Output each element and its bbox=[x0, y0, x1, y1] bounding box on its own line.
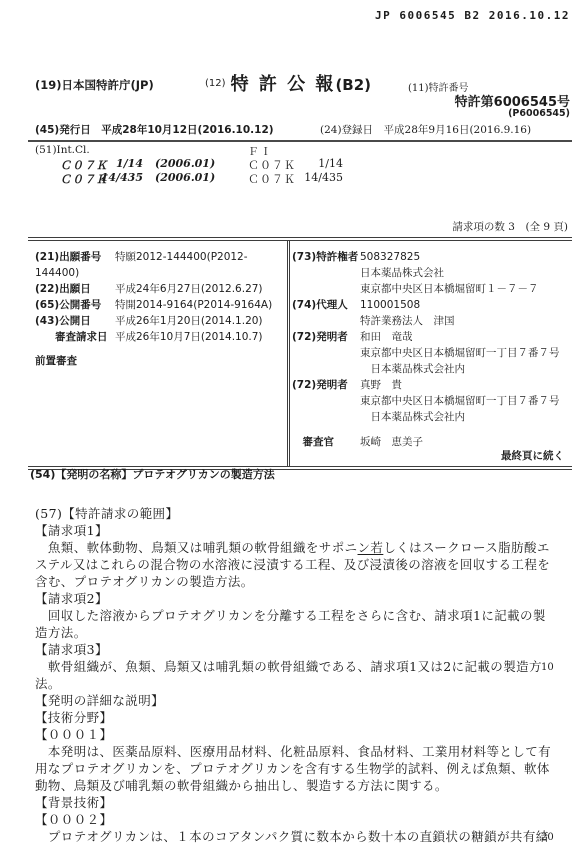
classification-row: Ｃ０７Ｋ1/14(2006.01)Ｃ０７Ｋ1/14 bbox=[35, 157, 572, 171]
biblio-field-label: (43)公開日 bbox=[35, 313, 115, 329]
biblio-field-label: (72)発明者 bbox=[292, 377, 360, 393]
biblio-right-row: (74)代理人110001508 bbox=[292, 297, 568, 313]
biblio-right-row: (72)発明者和田 竜哉 bbox=[292, 329, 568, 345]
issue-date: (45)発行日 平成28年10月12日(2016.10.12) bbox=[35, 122, 274, 137]
underlined-text: ン若 bbox=[358, 540, 384, 555]
biblio-field-value: 508327825 bbox=[360, 251, 420, 263]
fi-subclass: 14/435 bbox=[293, 171, 343, 184]
patent-number-paren: (P6006545) bbox=[508, 108, 570, 119]
body-text-line: 【請求項3】 bbox=[35, 641, 559, 658]
biblio-extra-line: 日本薬品株式会社 bbox=[292, 265, 568, 281]
body-text-line: 本発明は、医薬品原料、医療用品材料、化粧品原料、食品材料、工業用材料等として有 bbox=[35, 743, 559, 760]
body-text-line: 魚類、軟体動物、鳥類又は哺乳類の軟骨組織をサポニン若しくはスークロース脂肪酸エ bbox=[35, 539, 559, 556]
body-text-line: 【発明の詳細な説明】 bbox=[35, 692, 559, 709]
biblio-extra-line: 日本薬品株式会社内 bbox=[292, 409, 568, 425]
intcl-subclass: 1/14 bbox=[93, 157, 143, 170]
biblio-field-value: 和田 竜哉 bbox=[360, 331, 413, 343]
kind-code-prefix: (12) bbox=[205, 78, 226, 89]
intcl-label: (51)Int.Cl. bbox=[35, 144, 90, 156]
document-id-header: JP 6006545 B2 2016.10.12 bbox=[375, 9, 570, 22]
biblio-right-row: (72)発明者真野 貴 bbox=[292, 377, 568, 393]
classification-row: Ｃ０７Ｋ14/435(2006.01)Ｃ０７Ｋ14/435 bbox=[35, 171, 572, 185]
invention-title-line: (54)【発明の名称】プロテオグリカンの製造方法 bbox=[30, 466, 275, 482]
body-text-line: 造方法。 bbox=[35, 624, 559, 641]
text-segment: 魚類、軟体動物、鳥類又は哺乳類の軟骨組織をサポニ bbox=[35, 540, 358, 555]
biblio-field-label: 審査請求日 bbox=[35, 329, 115, 345]
intcl-subclass: 14/435 bbox=[93, 171, 143, 184]
biblio-field-label: (22)出願日 bbox=[35, 281, 115, 297]
biblio-field-label: 前置審査 bbox=[35, 353, 115, 369]
publication-title: 特 許 公 報 bbox=[231, 74, 336, 95]
masthead-divider bbox=[28, 140, 572, 142]
biblio-extra-line: 東京都中央区日本橋堀留町１－７－７ bbox=[292, 281, 568, 297]
body-text-line: 【０００２】 bbox=[35, 811, 559, 828]
patent-gazette-page: JP 6006545 B2 2016.10.12 (19)日本国特許庁(JP) … bbox=[0, 0, 588, 847]
biblio-left-column: (21)出願番号特願2012-144400(P2012-144400)(22)出… bbox=[35, 249, 280, 369]
biblio-field-label: (72)発明者 bbox=[292, 329, 360, 345]
body-text-line: 【技術分野】 bbox=[35, 709, 559, 726]
body-text-line: 【請求項1】 bbox=[35, 522, 559, 539]
biblio-field-value: 坂崎 恵美子 bbox=[360, 436, 423, 448]
specification-body: (57)【特許請求の範囲】【請求項1】 魚類、軟体動物、鳥類又は哺乳類の軟骨組織… bbox=[35, 505, 559, 845]
biblio-field-label: (73)特許権者 bbox=[292, 249, 360, 265]
continued-note: 最終頁に続く bbox=[501, 448, 564, 463]
biblio-left-row: 前置審査 bbox=[35, 353, 280, 369]
biblio-field-value: 平成24年6月27日(2012.6.27) bbox=[115, 283, 263, 295]
body-text-line: ステル又はこれらの混合物の水溶液に浸漬する工程、及び浸漬後の溶液を回収する工程を bbox=[35, 556, 559, 573]
body-text-line: 動物、鳥類及び哺乳類の軟骨組織から抽出し、製造する方法に関する。 bbox=[35, 777, 559, 794]
intcl-version: (2006.01) bbox=[155, 157, 215, 170]
biblio-left-row: (65)公開番号特開2014-9164(P2014-9164A) bbox=[35, 297, 280, 313]
biblio-extra-line: 東京都中央区日本橋堀留町一丁目７番７号 bbox=[292, 345, 568, 361]
text-segment: しくはスークロース脂肪酸エ bbox=[383, 540, 549, 555]
biblio-field-label: (21)出願番号 bbox=[35, 249, 115, 265]
biblio-right-row: (73)特許権者508327825 bbox=[292, 249, 568, 265]
biblio-field-value: 平成26年10月7日(2014.10.7) bbox=[115, 331, 263, 343]
biblio-field-value: 110001508 bbox=[360, 299, 420, 311]
margin-line-number: 20 bbox=[541, 829, 554, 846]
registration-date: (24)登録日 平成28年9月16日(2016.9.16) bbox=[320, 122, 531, 137]
biblio-extra-line: 日本薬品株式会社内 bbox=[292, 361, 568, 377]
biblio-field-label: 審査官 bbox=[292, 434, 360, 450]
table-column-divider bbox=[287, 241, 290, 466]
body-text-line: 含む、プロテオグリカンの製造方法。 bbox=[35, 573, 559, 590]
biblio-extra-line: 東京都中央区日本橋堀留町一丁目７番７号 bbox=[292, 393, 568, 409]
intcl-version: (2006.01) bbox=[155, 171, 215, 184]
body-text-line: 用なプロテオグリカンを、プロテオグリカンを含有する生物学的試料、例えば魚類、軟体 bbox=[35, 760, 559, 777]
biblio-left-row: (22)出願日平成24年6月27日(2012.6.27) bbox=[35, 281, 280, 297]
biblio-field-label: (74)代理人 bbox=[292, 297, 360, 313]
biblio-field-value: 真野 貴 bbox=[360, 379, 402, 391]
margin-line-number: 10 bbox=[541, 659, 554, 676]
biblio-right-column: (73)特許権者508327825日本薬品株式会社東京都中央区日本橋堀留町１－７… bbox=[292, 249, 568, 450]
claims-count-note: 請求項の数 3 (全 9 頁) bbox=[452, 219, 568, 234]
body-text-line: 【０００１】 bbox=[35, 726, 559, 743]
body-text-line: プロテオグリカンは、１本のコアタンパク質に数本から数十本の直鎖状の糖鎖が共有結2… bbox=[35, 828, 559, 845]
patent-office-name: (19)日本国特許庁(JP) bbox=[35, 77, 154, 93]
biblio-extra-line: 特許業務法人 津国 bbox=[292, 313, 568, 329]
publication-kind: (12) 特 許 公 報(B2) bbox=[205, 70, 371, 96]
classification-rows: Ｃ０７Ｋ1/14(2006.01)Ｃ０７Ｋ1/14Ｃ０７Ｋ14/435(2006… bbox=[35, 157, 572, 185]
fi-subclass: 1/14 bbox=[293, 157, 343, 170]
biblio-left-row: 審査請求日平成26年10月7日(2014.10.7) bbox=[35, 329, 280, 345]
body-text-line: 【請求項2】 bbox=[35, 590, 559, 607]
biblio-field-value: 平成26年1月20日(2014.1.20) bbox=[115, 315, 263, 327]
biblio-left-row: (43)公開日平成26年1月20日(2014.1.20) bbox=[35, 313, 280, 329]
biblio-field-label: (65)公開番号 bbox=[35, 297, 115, 313]
body-text-line: 【背景技術】 bbox=[35, 794, 559, 811]
biblio-left-row: (21)出願番号特願2012-144400(P2012-144400) bbox=[35, 249, 280, 281]
body-text-line: 法。 bbox=[35, 675, 559, 692]
fi-class: Ｃ０７Ｋ bbox=[248, 171, 296, 187]
body-text-line: 回収した溶液からプロテオグリカンを分離する工程をさらに含む、請求項1に記載の製 bbox=[35, 607, 559, 624]
body-text-line: (57)【特許請求の範囲】 bbox=[35, 505, 559, 522]
bibliographic-table: (21)出願番号特願2012-144400(P2012-144400)(22)出… bbox=[28, 237, 572, 470]
body-text-line: 軟骨組織が、魚類、鳥類又は哺乳類の軟骨組織である、請求項1又は2に記載の製造方1… bbox=[35, 658, 559, 675]
kind-code-suffix: (B2) bbox=[335, 76, 371, 94]
biblio-field-value: 特開2014-9164(P2014-9164A) bbox=[115, 299, 272, 311]
